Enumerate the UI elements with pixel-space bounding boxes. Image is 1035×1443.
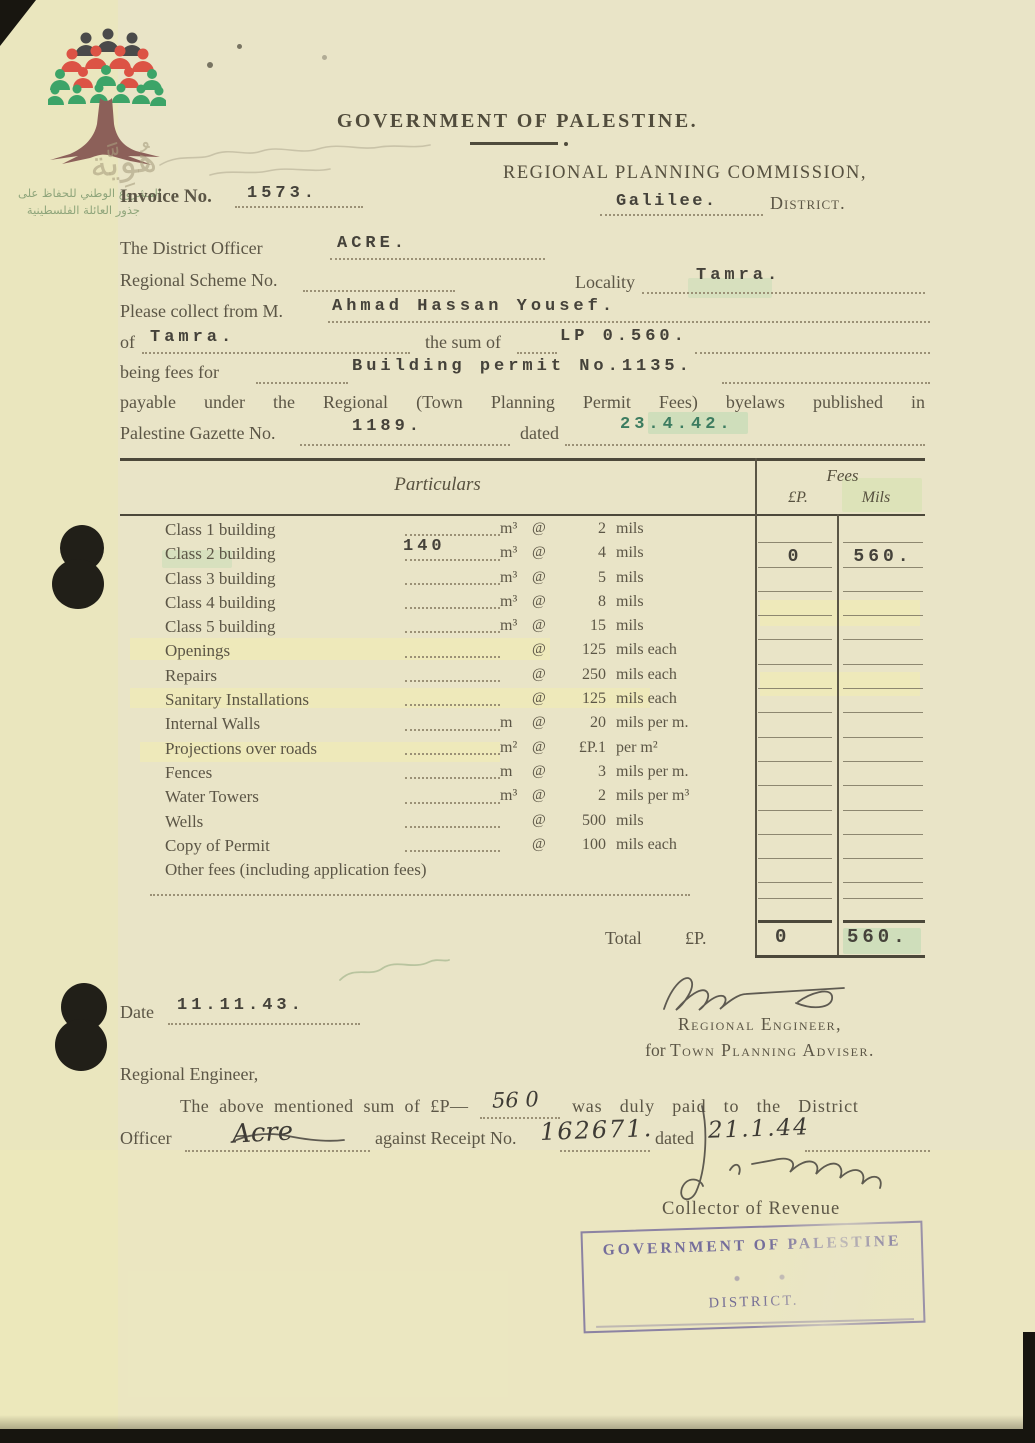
row-rate-unit: mils each (616, 666, 677, 684)
fee-mils-cell: 560. (843, 542, 923, 567)
collect-from-label: Please collect from M. (120, 301, 283, 322)
row-unit: m³ (500, 617, 517, 635)
fee-mils-cell (843, 639, 923, 664)
green-scribble (325, 950, 455, 995)
fee-lp-cell (758, 785, 832, 810)
dotted-leader (405, 704, 500, 706)
dotted-line (565, 444, 925, 446)
fee-mils-cell (843, 567, 923, 592)
sum-value: LP 0.560. (560, 327, 688, 346)
dotted-line (142, 352, 410, 354)
date-label: Date (120, 1002, 154, 1023)
total-label: Total (605, 928, 642, 949)
table-row: Sanitary Installations @ 125 mils each (120, 688, 925, 712)
total-lp-value: 0 (775, 926, 790, 948)
dotted-leader (405, 656, 500, 658)
sum-label: the sum of (425, 332, 501, 353)
table-top-rule (120, 458, 925, 461)
dotted-line (150, 894, 690, 896)
dotted-line (303, 290, 455, 292)
row-item-label: Copy of Permit (165, 836, 270, 856)
table-row: Copy of Permit @ 100 mils each (120, 834, 925, 858)
fee-mils-cell (843, 834, 923, 859)
fee-lp-cell (758, 591, 832, 616)
row-rate-number: 2 (546, 787, 606, 805)
row-rate-unit: per m² (616, 739, 658, 757)
fee-mils-cell (843, 737, 923, 762)
dated-label: dated (520, 423, 559, 444)
row-item-label: Openings (165, 641, 230, 661)
scan-edge (0, 1429, 1035, 1443)
row-unit: m³ (500, 593, 517, 611)
dotted-line (235, 206, 363, 208)
dotted-line (185, 1150, 370, 1152)
row-rate-unit: mils (616, 544, 644, 562)
row-rate-number: 125 (546, 690, 606, 708)
fee-mils-cell (843, 664, 923, 689)
fees-for-value: Building permit No.1135. (352, 357, 693, 376)
row-unit: m (500, 714, 512, 732)
district-value: Galilee. (616, 192, 718, 211)
fee-mils-value: 560. (843, 547, 923, 567)
dotted-line (722, 382, 930, 384)
row-rate-number: 5 (546, 569, 606, 587)
dotted-line (695, 352, 930, 354)
row-rate-unit: mils (616, 617, 644, 635)
of-value: Tamra. (150, 328, 235, 347)
district-officer-label: The District Officer (120, 238, 263, 259)
table-rows: Class 1 building m³ @ 2 mils Class 2 bui… (120, 518, 925, 882)
row-rate-number: 2 (546, 520, 606, 538)
row-rate-unit: mils per m. (616, 763, 688, 781)
ink-speck (237, 44, 242, 49)
pencil-scribble (150, 135, 440, 187)
total-top-rule-lp (758, 920, 832, 923)
row-unit: m³ (500, 787, 517, 805)
scanned-document: هُوِيَّة المشروع الوطني للحفاظ على جذور … (0, 0, 1035, 1443)
row-at-symbol: @ (532, 544, 546, 561)
locality-value: Tamra. (696, 266, 781, 285)
fee-lp-cell (758, 761, 832, 786)
row-at-symbol: @ (532, 714, 546, 731)
collector-label: Collector of Revenue (662, 1199, 840, 1220)
fee-lp-cell (758, 858, 832, 883)
row-unit: m³ (500, 569, 517, 587)
row-rate-unit: mils each (616, 641, 677, 659)
row-unit: m³ (500, 520, 517, 538)
table-row: Internal Walls m @ 20 mils per m. (120, 712, 925, 736)
regional-engineer-title: Regional Engineer, (640, 1014, 880, 1035)
dotted-leader (405, 826, 500, 828)
row-rate-unit: mils per m. (616, 714, 688, 732)
row-rate-number: 250 (546, 666, 606, 684)
row-rate-number: 4 (546, 544, 606, 562)
table-row: Openings @ 125 mils each (120, 639, 925, 663)
regional-scheme-label: Regional Scheme No. (120, 270, 277, 291)
dotted-line (256, 382, 348, 384)
receipt-label: against Receipt No. (375, 1128, 516, 1149)
dotted-line (642, 292, 925, 294)
dotted-leader (405, 534, 500, 536)
table-row: Repairs @ 250 mils each (120, 664, 925, 688)
row-rate-number: 125 (546, 641, 606, 659)
table-dotted-row (120, 882, 925, 898)
table-header-rule (120, 514, 925, 516)
row-at-symbol: @ (532, 763, 546, 780)
table-row: Class 4 building m³ @ 8 mils (120, 591, 925, 615)
dotted-leader (405, 583, 500, 585)
commission-title: REGIONAL PLANNING COMMISSION, (455, 163, 915, 184)
row-item-label: Other fees (including application fees) (165, 860, 427, 880)
row-item-label: Water Towers (165, 787, 259, 807)
dotted-line (560, 1150, 650, 1152)
table-row: Class 2 building 140 m³ @ 4 mils 0 560. (120, 542, 925, 566)
table-row: Fences m @ 3 mils per m. (120, 761, 925, 785)
table-row: Water Towers m³ @ 2 mils per m³ (120, 785, 925, 809)
total-top-rule-mils (843, 920, 925, 923)
row-rate-number: 8 (546, 593, 606, 611)
row-rate-number: 100 (546, 836, 606, 854)
row-rate-number: 20 (546, 714, 606, 732)
row-unit: m (500, 763, 512, 781)
paid-sum-handwritten: 56 0 (492, 1087, 540, 1113)
dotted-leader (405, 680, 500, 682)
dotted-leader (405, 850, 500, 852)
fee-mils-cell (843, 712, 923, 737)
dotted-leader (405, 777, 500, 779)
row-item-label: Repairs (165, 666, 217, 686)
fee-lp-cell (758, 639, 832, 664)
gazette-label: Palestine Gazette No. (120, 423, 275, 444)
for-label: for (645, 1040, 665, 1060)
row-rate-unit: mils (616, 520, 644, 538)
invoice-number: 1573. (247, 184, 318, 203)
adviser-title: Town Planning Adviser. (670, 1040, 875, 1060)
row-rate-number: £P.1 (546, 739, 606, 757)
logo-people-dark (75, 29, 143, 57)
fee-mils-cell (843, 785, 923, 810)
dotted-leader (405, 607, 500, 609)
row-at-symbol: @ (532, 666, 546, 683)
row-item-label: Projections over roads (165, 739, 317, 759)
fee-lp-cell (758, 567, 832, 592)
district-label: District. (770, 193, 846, 214)
dotted-line (168, 1023, 360, 1025)
officer-label: Officer (120, 1128, 172, 1149)
fees-for-label: being fees for (120, 362, 219, 383)
row-rate-unit: mils per m³ (616, 787, 689, 805)
dotted-leader (405, 802, 500, 804)
scan-corner (0, 0, 36, 46)
table-row: Wells @ 500 mils (120, 810, 925, 834)
row-rate-number: 3 (546, 763, 606, 781)
table-row: Class 5 building m³ @ 15 mils (120, 615, 925, 639)
dotted-leader (405, 631, 500, 633)
invoice-label: Invoice No. (120, 186, 212, 208)
dotted-leader (405, 753, 500, 755)
paper-sheet: هُوِيَّة المشروع الوطني للحفاظ على جذور … (0, 0, 1035, 1443)
row-item-label: Class 1 building (165, 520, 276, 540)
row-rate-unit: mils each (616, 836, 677, 854)
row-rate-number: 15 (546, 617, 606, 635)
fee-mils-cell (843, 858, 923, 883)
row-item-label: Class 2 building (165, 544, 276, 564)
fee-lp-cell (758, 737, 832, 762)
fee-mils-cell (843, 882, 923, 899)
dotted-leader (405, 729, 500, 731)
row-rate-unit: mils (616, 569, 644, 587)
scan-shadow (0, 1415, 1035, 1429)
locality-label: Locality (575, 272, 635, 293)
particulars-header: Particulars (120, 474, 755, 496)
title-divider (470, 142, 558, 145)
table-row: Projections over roads m² @ £P.1 per m² (120, 737, 925, 761)
ink-speck (322, 55, 327, 60)
fees-header: Fees (760, 466, 925, 486)
row-at-symbol: @ (532, 617, 546, 634)
fee-lp-cell (758, 518, 832, 543)
row-at-symbol: @ (532, 787, 546, 804)
total-mils-value: 560. (847, 926, 909, 948)
row-item-label: Sanitary Installations (165, 690, 309, 710)
collect-from-value: Ahmad Hassan Yousef. (332, 297, 616, 316)
dotted-line (600, 214, 763, 216)
row-at-symbol: @ (532, 641, 546, 658)
row-item-label: Class 5 building (165, 617, 276, 637)
for-adviser-line: for Town Planning Adviser. (605, 1040, 915, 1061)
row-at-symbol: @ (532, 520, 546, 537)
fee-lp-cell (758, 688, 832, 713)
table-row: Class 1 building m³ @ 2 mils (120, 518, 925, 542)
fee-mils-cell (843, 810, 923, 835)
row-item-label: Wells (165, 812, 203, 832)
dotted-line (330, 258, 545, 260)
ink-speck (207, 62, 213, 68)
fee-lp-cell (758, 882, 832, 899)
of-label: of (120, 332, 135, 353)
fee-mils-cell (843, 518, 923, 543)
row-unit: m² (500, 739, 517, 757)
fee-lp-cell: 0 (758, 542, 832, 567)
row-item-label: Class 3 building (165, 569, 276, 589)
row-item-label: Class 4 building (165, 593, 276, 613)
dotted-line (517, 352, 557, 354)
row-rate-number: 500 (546, 812, 606, 830)
fee-lp-cell (758, 810, 832, 835)
scan-edge (1023, 1332, 1035, 1443)
page-title: GOVERNMENT OF PALESTINE. (0, 110, 1035, 133)
row-quantity-typed: 140 (403, 537, 446, 556)
fee-mils-cell (843, 615, 923, 640)
row-rate-unit: mils each (616, 690, 677, 708)
row-at-symbol: @ (532, 593, 546, 610)
payable-line: payable under the Regional (Town Plannin… (120, 392, 925, 413)
table-bottom-rule (755, 955, 925, 958)
salutation: Regional Engineer, (120, 1064, 258, 1085)
dotted-line (300, 444, 510, 446)
fee-lp-value: 0 (758, 547, 832, 567)
table-row: Class 3 building m³ @ 5 mils (120, 567, 925, 591)
fee-lp-cell (758, 834, 832, 859)
row-at-symbol: @ (532, 569, 546, 586)
row-at-symbol: @ (532, 836, 546, 853)
fees-mils-header: Mils (840, 489, 912, 507)
gazette-value: 1189. (352, 417, 423, 436)
row-unit: m³ (500, 544, 517, 562)
district-officer-value: ACRE. (337, 234, 408, 253)
date-value: 11.11.43. (177, 996, 305, 1015)
fees-table: Particulars Fees £P. Mils Class 1 buildi… (120, 458, 925, 960)
fee-lp-cell (758, 712, 832, 737)
fee-mils-cell (843, 761, 923, 786)
row-rate-unit: mils (616, 593, 644, 611)
row-rate-unit: mils (616, 812, 644, 830)
total-currency: £P. (685, 928, 707, 949)
row-at-symbol: @ (532, 812, 546, 829)
row-at-symbol: @ (532, 739, 546, 756)
table-row: Other fees (including application fees) (120, 858, 925, 882)
fees-lp-header: £P. (768, 489, 828, 507)
dotted-line (328, 321, 930, 323)
fee-mils-cell (843, 688, 923, 713)
row-item-label: Fences (165, 763, 212, 783)
fee-lp-cell (758, 615, 832, 640)
paid-prefix: The above mentioned sum of £P— (180, 1096, 468, 1117)
dotted-leader (405, 559, 500, 561)
row-item-label: Internal Walls (165, 714, 260, 734)
fee-mils-cell (843, 591, 923, 616)
fee-lp-cell (758, 664, 832, 689)
dated-value: 23.4.42. (620, 415, 734, 434)
receipt-number-handwritten: 162671. (540, 1114, 654, 1146)
row-at-symbol: @ (532, 690, 546, 707)
officer-hw-tail (228, 1128, 348, 1150)
